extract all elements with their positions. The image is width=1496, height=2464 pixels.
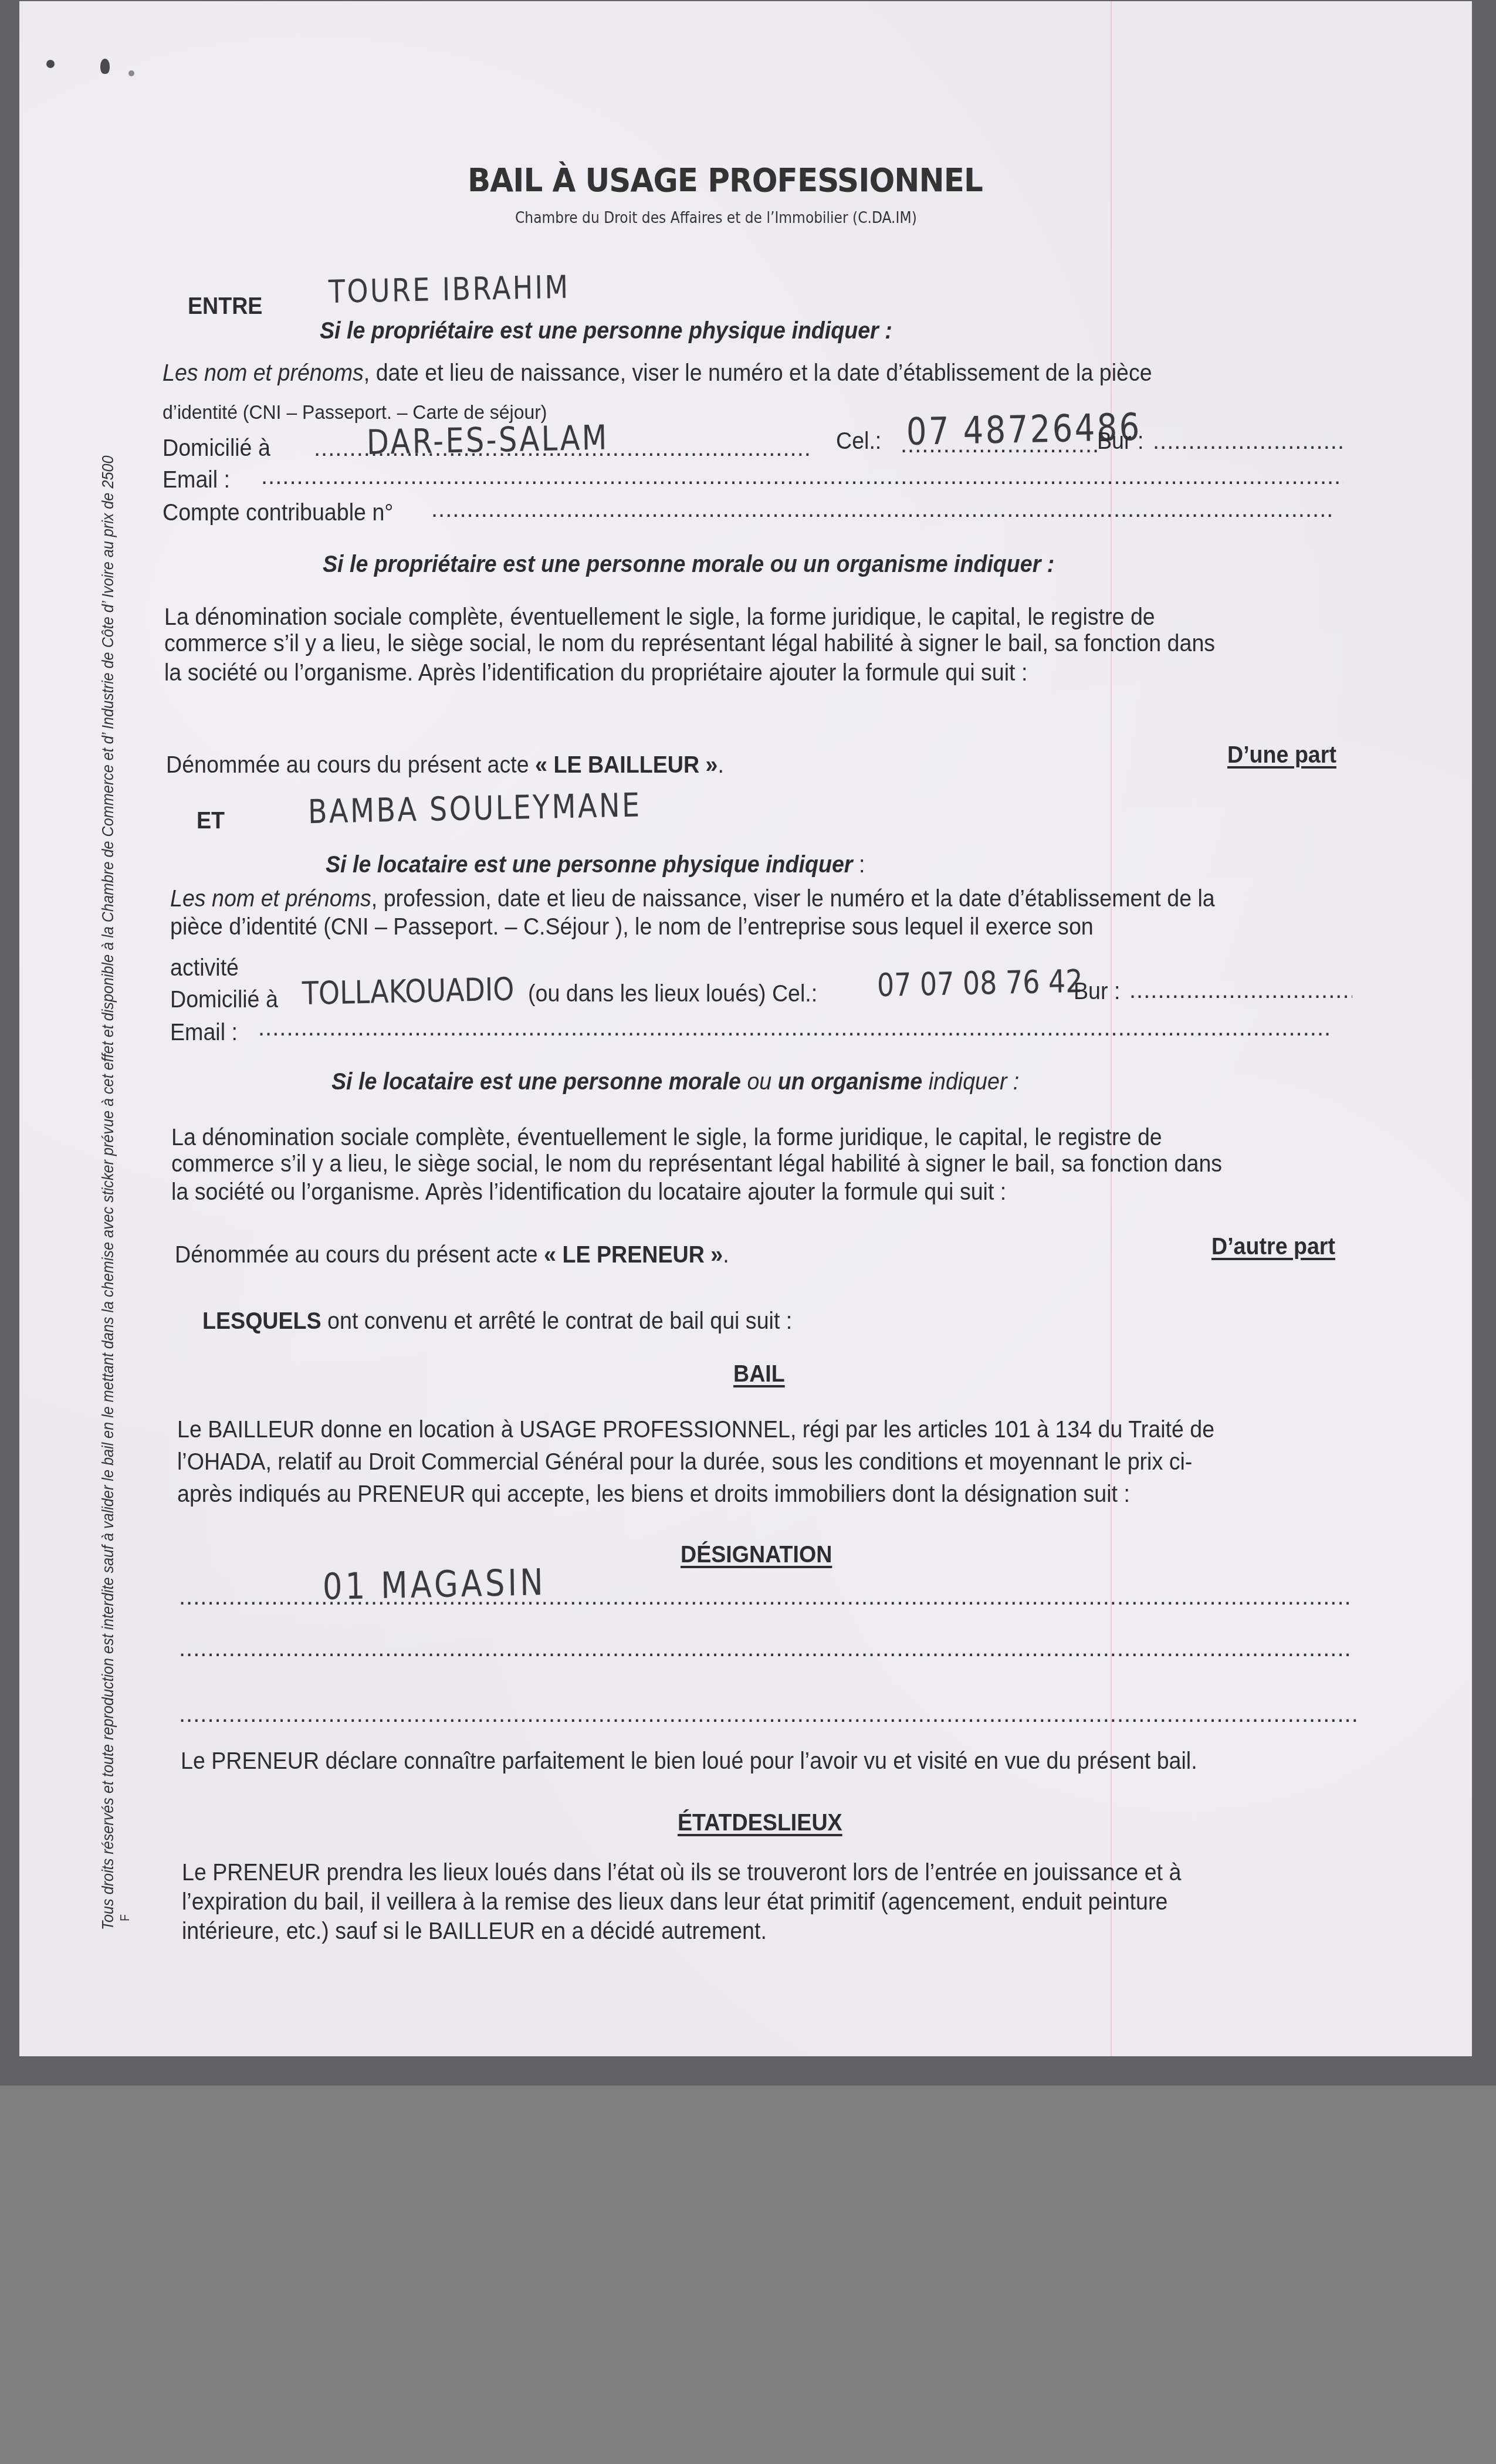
bailleur-bur-label: Bur : (1097, 428, 1143, 455)
bail-heading: BAIL (733, 1361, 785, 1387)
punch-hole-icon (46, 60, 55, 68)
heading-colon: : (852, 852, 865, 878)
bailleur-morale-text-3: la société ou l’organisme. Après l’ident… (164, 660, 1027, 686)
bail-text-2: l’OHADA, relatif au Droit Commercial Gén… (177, 1449, 1192, 1475)
bail-text-1: Le BAILLEUR donne en location à USAGE PR… (177, 1417, 1214, 1443)
preneur-morale-text-1: La dénomination sociale complète, éventu… (171, 1125, 1162, 1151)
bailleur-physique-heading: Si le propriétaire est une personne phys… (320, 318, 892, 344)
preneur-physique-instructions: Les nom et prénoms, profession, date et … (170, 886, 1215, 912)
denomination-prefix: Dénommée au cours du présent acte (166, 752, 535, 778)
designation-line-3[interactable]: ........................................… (179, 1701, 1358, 1728)
heading-part-d: indiquer : (922, 1069, 1019, 1095)
preneur-bur-field[interactable]: ..................................... (1129, 977, 1352, 1004)
preneur-morale-text-3: la société ou l’organisme. Après l’ident… (171, 1179, 1006, 1206)
lesquels-line: LESQUELS ont convenu et arrêté le contra… (202, 1308, 792, 1335)
bailleur-compte-label: Compte contribuable n° (163, 500, 393, 526)
etat-text-3: intérieure, etc.) sauf si le BAILLEUR en… (182, 1918, 767, 1945)
instructions-italic: Les nom et prénoms (163, 360, 364, 386)
bailleur-part-label: D’une part (1227, 742, 1336, 769)
preneur-bur-label: Bur : (1074, 979, 1120, 1005)
etat-des-lieux-heading: ÉTATDESLIEUX (678, 1810, 842, 1836)
preneur-morale-heading: Si le locataire est une personne morale … (331, 1069, 1019, 1095)
preneur-email-label: Email : (170, 1020, 238, 1046)
preneur-domicile-label: Domicilié à (170, 987, 278, 1013)
heading-part-c: un organisme (778, 1069, 923, 1095)
preneur-part-label: D’autre part (1211, 1234, 1335, 1260)
bailleur-domicile-label: Domicilié à (163, 435, 270, 462)
preneur-domicile-field[interactable]: TOLLAKOUADIO (302, 971, 515, 1012)
preneur-denomination: Dénommée au cours du présent acte « LE P… (175, 1242, 729, 1268)
instructions-rest: , profession, date et lieu de naissance,… (371, 886, 1215, 912)
denomination-suffix: . (717, 752, 723, 778)
bailleur-morale-heading: Si le propriétaire est une personne mora… (323, 551, 1054, 578)
lesquels-rest: ont convenu et arrêté le contrat de bail… (321, 1308, 793, 1334)
punch-hole-icon (128, 70, 134, 76)
document-subtitle: Chambre du Droit des Affaires et de l’Im… (515, 209, 917, 227)
preneur-email-field[interactable]: ........................................… (258, 1015, 1332, 1041)
side-legal-notice: Tous droits réservés et toute reproducti… (99, 456, 117, 1930)
preneur-morale-text-2: commerce s’il y a lieu, le siège social,… (171, 1151, 1222, 1177)
bailleur-physique-instructions: Les nom et prénoms, date et lieu de nais… (163, 360, 1152, 387)
denomination-term: « LE PRENEUR » (544, 1242, 723, 1268)
preneur-id-docs: pièce d’identité (CNI – Passeport. – C.S… (170, 914, 1094, 940)
bailleur-email-label: Email : (163, 467, 230, 493)
preneur-domicile-note: (ou dans les lieux loués) Cel.: (528, 981, 817, 1007)
preneur-physique-heading-text: Si le locataire est une personne physiqu… (326, 852, 852, 878)
denomination-prefix: Dénommée au cours du présent acte (175, 1242, 544, 1268)
preneur-name-field[interactable]: BAMBA SOULEYMANE (308, 786, 642, 831)
preneur-cel-field[interactable]: 07 07 08 76 42 (877, 963, 1083, 1004)
designation-declaration: Le PRENEUR déclare connaître parfaitemen… (181, 1748, 1197, 1775)
designation-heading: DÉSIGNATION (681, 1542, 832, 1568)
bail-text-3: après indiqués au PRENEUR qui accepte, l… (177, 1481, 1130, 1508)
etat-text-1: Le PRENEUR prendra les lieux loués dans … (182, 1860, 1181, 1886)
heading-part-a: Si le locataire est une personne morale (331, 1069, 741, 1095)
document-title: BAIL À USAGE PROFESSIONNEL (468, 161, 983, 199)
bailleur-denomination: Dénommée au cours du présent acte « LE B… (166, 752, 724, 779)
bailleur-bur-field[interactable]: ................................ (1153, 428, 1346, 455)
designation-value-field[interactable]: 01 MAGASIN (322, 1561, 546, 1608)
instructions-rest: , date et lieu de naissance, viser le nu… (364, 360, 1152, 386)
heading-part-b: ou (741, 1069, 778, 1095)
entre-label: ENTRE (188, 293, 262, 320)
instructions-italic: Les nom et prénoms (170, 886, 371, 912)
lesquels-bold: LESQUELS (202, 1308, 321, 1334)
etat-text-2: l’expiration du bail, il veillera à la r… (182, 1889, 1167, 1915)
punch-hole-icon (100, 59, 110, 74)
preneur-activite: activité (170, 955, 239, 981)
bailleur-cel-label: Cel.: (836, 428, 881, 455)
bailleur-domicile-field[interactable]: DAR-ES-SALAM (366, 418, 609, 462)
bailleur-morale-text-1: La dénomination sociale complète, éventu… (164, 604, 1155, 631)
denomination-term: « LE BAILLEUR » (535, 752, 717, 778)
bailleur-name-field[interactable]: TOURE IBRAHIM (329, 269, 570, 310)
bailleur-email-field[interactable]: ........................................… (261, 463, 1343, 490)
side-notice-mark: F (117, 1914, 133, 1921)
preneur-physique-heading: Si le locataire est une personne physiqu… (326, 852, 865, 878)
bailleur-compte-field[interactable]: ........................................… (431, 496, 1332, 523)
et-label: ET (197, 808, 225, 834)
bailleur-morale-text-2: commerce s’il y a lieu, le siège social,… (164, 631, 1215, 657)
designation-line-2[interactable]: ........................................… (179, 1636, 1352, 1662)
denomination-suffix: . (723, 1242, 729, 1268)
